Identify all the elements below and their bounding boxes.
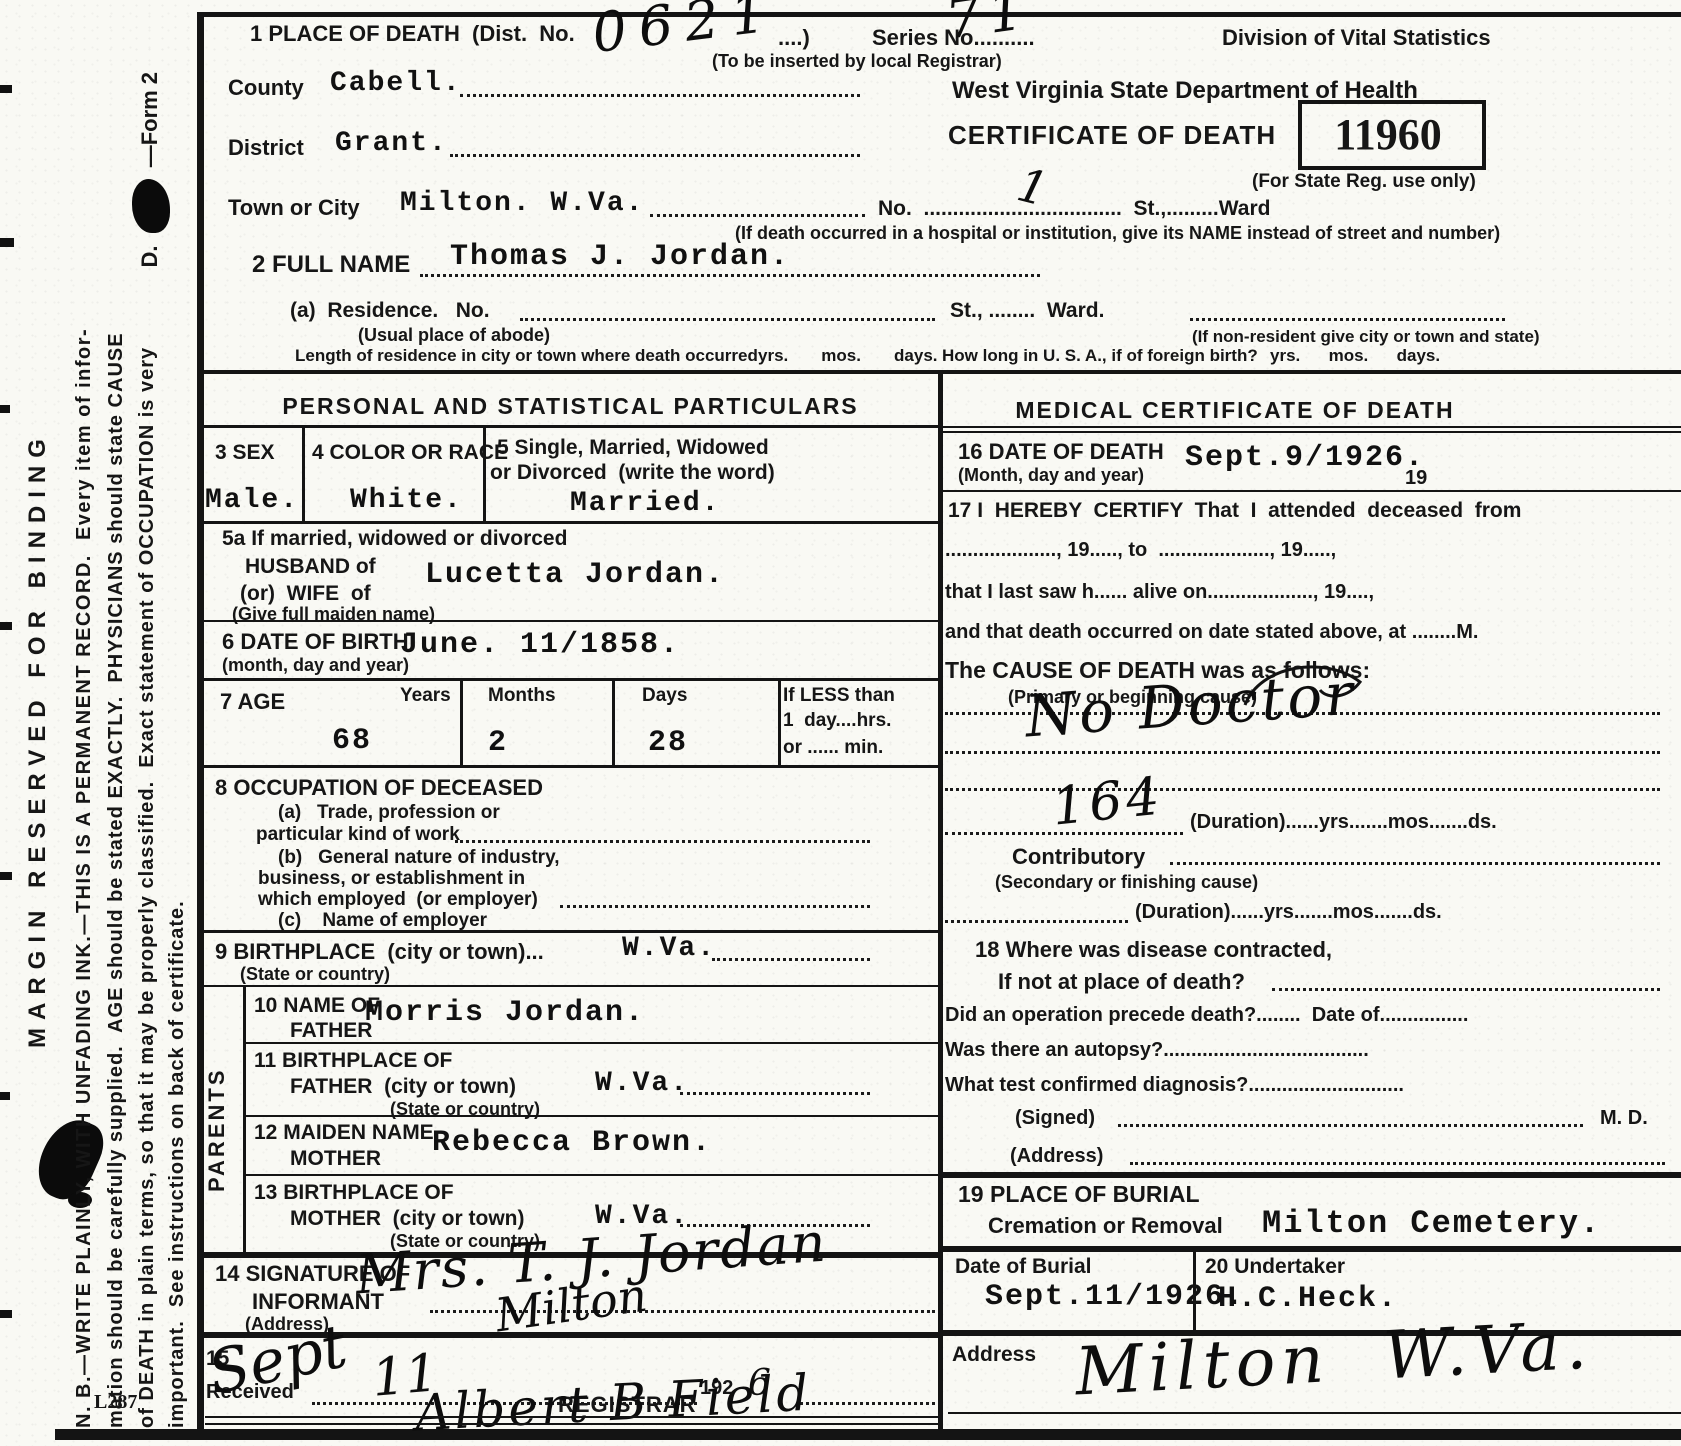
certify-line3: that I last saw h...... alive on........… [945,582,1374,603]
rule [483,425,486,521]
hospital-note: (If death occurred in a hospital or inst… [735,224,1500,243]
margin-instruction-line2: mation should be carefully supplied. AGE… [106,332,126,1428]
age-months-label: Months [488,686,556,706]
age-days-value: 28 [648,728,688,758]
binding-tick [0,1310,12,1318]
undertaker-address-label: Address [952,1344,1036,1366]
rule [948,1412,1681,1414]
burial-date-value: Sept.11/1926. [985,1282,1245,1312]
margin-binding-note: MARGIN RESERVED FOR BINDING [26,431,50,1048]
dob-label: 6 DATE OF BIRTH [222,630,409,653]
father-name-label-line2: FATHER [290,1020,372,1042]
undertaker-label: 20 Undertaker [1205,1256,1345,1278]
father-birthplace-label-line1: 11 BIRTHPLACE OF [254,1050,452,1072]
contributory-leader [1170,862,1660,865]
occupation-a-line1: (a) Trade, profession or [278,803,500,823]
binding-tick [0,405,10,413]
rule-thick [943,1246,1681,1252]
district-value: Grant. [335,130,448,158]
occupation-a-leader [455,840,870,843]
left-frame-rule [197,12,204,1434]
date-of-death-label: 16 DATE OF DEATH [958,440,1164,463]
duration2-leader [945,920,1128,923]
received-leader2 [800,1402,935,1405]
duration2-label: (Duration)......yrs.......mos.......ds. [1135,902,1442,923]
rule [243,1174,938,1176]
margin-form-number: D. —Form 2 [110,72,192,292]
district-leader [450,154,860,157]
cause-leader2 [945,751,1660,754]
occupation-b-line1: (b) General nature of industry, [278,848,560,868]
date-of-death-value: Sept.9/1926. [1185,443,1425,473]
cause-code-entry: 164 [1050,770,1166,833]
state-reg-note: (For State Reg. use only) [1252,172,1476,192]
dob-value: June. 11/1858. [400,630,680,660]
disease-contracted-line1: 18 Where was disease contracted, [975,938,1332,961]
town-value: Milton. W.Va. [400,190,644,218]
rule [943,426,1681,428]
rule [302,425,305,521]
certify-line1: 17 I HEREBY CERTIFY That I attended dece… [948,500,1521,522]
age-years-label: Years [400,686,451,706]
spouse-value: Lucetta Jordan. [425,560,725,590]
residence-leader [520,318,935,321]
husband-of-label: HUSBAND of [245,556,376,578]
length-residence-units: yrs. mos. days. [758,347,938,365]
personal-section-title: PERSONAL AND STATISTICAL PARTICULARS [203,394,938,418]
rule [203,620,938,622]
rule [1193,1246,1196,1332]
binding-tick [0,1092,10,1100]
place-of-death-label: 1 PLACE OF DEATH (Dist. No. [250,22,575,45]
rule [203,425,938,428]
binding-tick [0,85,12,93]
rule [243,1115,938,1117]
date-of-death-note: (Month, day and year) [958,466,1144,485]
autopsy-question: Was there an autopsy?...................… [945,1040,1369,1061]
length-residence-label: Length of residence in city or town wher… [295,347,758,365]
rule [612,678,615,765]
age-less-line2: 1 day....hrs. [783,711,891,731]
rule-thick [943,1172,1681,1178]
no-st-ward-label: No. .................................. S… [878,198,1270,220]
test-question: What test confirmed diagnosis?..........… [945,1075,1404,1096]
usa-length-units: yrs. mos. days. [1270,347,1440,365]
operation-question: Did an operation precede death?........ … [945,1005,1468,1026]
mother-maiden-label-line1: 12 MAIDEN NAME [254,1122,434,1144]
birthplace-value: W.Va. [622,935,716,963]
nonresident-note: (If non-resident give city or town and s… [1192,328,1540,346]
age-years-value: 68 [332,726,372,756]
bottom-rule [55,1429,1681,1440]
sex-label: 3 SEX [215,442,275,464]
race-value: White. [350,487,463,515]
rule [778,678,781,765]
burial-place-value: Milton Cemetery. [1262,1208,1601,1240]
rule [203,765,938,768]
undertaker-value: H.C.Heck. [1218,1284,1398,1314]
usa-length-label: How long in U. S. A., if of foreign birt… [942,347,1258,365]
certify-line4: and that death occurred on date stated a… [945,622,1478,643]
parents-section-label: PARENTS [206,1068,228,1193]
contributory-label: Contributory [1012,845,1145,868]
rule [460,678,463,765]
plate-number: L287 [94,1392,137,1413]
series-no-entry: 71 [943,0,1034,48]
rule [243,985,246,1252]
duration1-leader [945,832,1183,835]
rule [203,521,938,524]
rule [203,930,938,933]
district-label: District [228,136,304,159]
top-rule [197,12,1681,17]
sex-value: Male. [205,487,299,515]
rule [203,985,938,987]
county-value: Cabell. [330,70,462,98]
mother-birthplace-label-line1: 13 BIRTHPLACE OF [254,1182,454,1204]
signed-label: (Signed) [1015,1108,1095,1129]
marital-label-line2: or Divorced (write the word) [490,462,775,484]
fullname-label: 2 FULL NAME [252,252,410,277]
wife-of-label: (or) WIFE of [240,583,371,605]
abode-note: (Usual place of abode) [358,326,550,345]
rule [203,678,938,681]
birthplace-state-note: (State or country) [240,965,390,984]
date-of-death-19: 19 [1405,468,1427,489]
st-ward2-label: St., ........ Ward. [950,300,1104,322]
physician-address-leader [1130,1162,1665,1165]
certificate-number: 11960 [1298,112,1478,158]
birthplace-label: 9 BIRTHPLACE (city or town)... [215,940,544,963]
burial-date-label: Date of Burial [955,1256,1092,1278]
town-label: Town or City [228,196,360,219]
residence-label: (a) Residence. No. [290,300,490,322]
certify-line2: ...................., 19....., to ......… [945,540,1336,561]
town-leader [650,214,865,217]
occupation-c-line: (c) Name of employer [278,911,487,931]
physician-address-label: (Address) [1010,1146,1103,1167]
county-label: County [228,76,304,99]
medical-section-title: MEDICAL CERTIFICATE OF DEATH [945,398,1525,422]
occupation-b-leader [560,905,870,908]
binding-tick [0,238,14,247]
burial-label: 19 PLACE OF BURIAL [958,1182,1200,1206]
rule [943,431,1681,433]
age-days-label: Days [642,686,687,706]
age-label: 7 AGE [220,690,285,713]
occupation-b-line3: which employed (or employer) [258,890,538,910]
disease-contracted-leader [1272,988,1660,991]
marital-label-line1: 5 Single, Married, Widowed [497,437,769,459]
ink-blot [132,179,170,233]
rule [205,1423,938,1425]
certificate-title: CERTIFICATE OF DEATH [948,122,1276,149]
division-label: Division of Vital Statistics [1222,26,1491,49]
signed-leader [1118,1124,1583,1127]
fullname-leader [420,274,1040,277]
rule [205,1416,938,1418]
father-name-value: Morris Jordan. [365,998,645,1028]
binding-tick [0,872,12,880]
md-label: M. D. [1600,1108,1648,1129]
father-name-label-line1: 10 NAME OF [254,995,380,1017]
undertaker-address-entry: Milton W.Va. [1074,1312,1594,1405]
ink-blot [28,1110,112,1207]
burial-sub-label: Cremation or Removal [988,1214,1223,1237]
age-less-line3: or ...... min. [783,738,883,758]
mother-maiden-value: Rebecca Brown. [432,1128,712,1158]
received-month-entry: Sept [203,1316,352,1404]
registrar-signature: Albert B Field [414,1368,813,1439]
marital-value: Married. [570,490,720,518]
margin-instruction-line1: N. B.—WRITE PLAINLY, WITH UNFADING INK.—… [74,328,94,1428]
occupation-label: 8 OCCUPATION OF DECEASED [215,776,543,799]
duration1-label: (Duration)......yrs.......mos.......ds. [1190,812,1497,833]
binding-tick [0,622,12,630]
rule [943,490,1681,492]
age-less-line1: If LESS than [783,686,895,706]
margin-instruction-line4: important. See instructions on back of c… [167,900,187,1428]
place-of-death-close: ....) [778,26,810,49]
form-number-suffix: —Form 2 [137,72,162,173]
age-months-value: 2 [488,728,508,758]
father-birthplace-label-line2: FATHER (city or town) [290,1076,516,1098]
death-certificate-scan: D. —Form 2 MARGIN RESERVED FOR BINDING N… [0,0,1681,1446]
column-divider-rule [938,370,943,1432]
race-label: 4 COLOR OR RACE [312,442,508,464]
father-birthplace-value: W.Va. [595,1070,689,1098]
form-number-prefix: D. [137,239,162,267]
spouse-section-label: 5a If married, widowed or divorced [222,528,567,550]
mother-birthplace-label-line2: MOTHER (city or town) [290,1208,525,1230]
dob-note: (month, day and year) [222,656,409,675]
insert-note: (To be inserted by local Registrar) [712,52,1002,71]
fullname-value: Thomas J. Jordan. [450,242,790,272]
rule [243,1042,938,1044]
residence-leader2 [1190,318,1505,321]
birthplace-leader [712,958,870,961]
mother-maiden-label-line2: MOTHER [290,1148,381,1170]
county-leader [460,94,860,97]
disease-contracted-line2: If not at place of death? [998,970,1245,993]
margin-instruction-line3: of DEATH in plain terms, so that it may … [137,347,157,1428]
contributory-note: (Secondary or finishing cause) [995,873,1258,892]
occupation-b-line2: business, or establishment in [258,869,525,889]
occupation-a-line2: particular kind of work [256,825,460,845]
father-birthplace-leader [680,1092,870,1095]
